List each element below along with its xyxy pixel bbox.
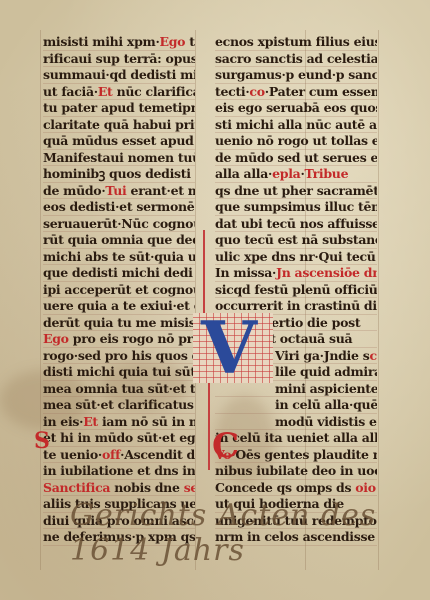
text-line: ecnos xpistum filius eius cernes xyxy=(215,34,377,51)
manuscript-page: misisti mihi xpm·Ego te clarificaui sup … xyxy=(0,0,430,600)
right-column: ecnos xpistum filius eius cernessacro sa… xyxy=(215,34,377,546)
text-line: summaui·qd dedisti michi xyxy=(43,67,195,84)
text-line: quā mūdus esset apud te· xyxy=(43,133,195,150)
text-line: eis ego seruabā eos quos dedi xyxy=(215,100,377,117)
text-line: que sumpsimus illuc tēn xyxy=(215,199,377,216)
text-line: mea sūt·et clarificatus sū xyxy=(43,397,195,414)
ruling-line xyxy=(195,30,196,570)
text-line: derūt quia tu me misisti· xyxy=(43,315,195,332)
text-line: que dedisti michi dedi eis·et xyxy=(43,265,195,282)
text-line: in eis·Et iam nō sū in mūdo xyxy=(43,414,195,431)
left-column: misisti mihi xpm·Ego te clarificaui sup … xyxy=(43,34,195,546)
text-line: In missa·Jn ascensiōe dni xyxy=(215,265,377,282)
text-line: disti michi quia tui sūt·et xyxy=(43,364,195,381)
text-line: surgamus·p eund·p sanc· xyxy=(215,67,377,84)
text-line: michi abs te sūt·quia uba xyxy=(43,249,195,266)
text-line: qs dne ut pher sacramēta xyxy=(215,183,377,200)
text-line: uere quia a te exiui·et cre xyxy=(43,298,195,315)
red-initial: C xyxy=(212,426,239,466)
text-line: Concede qs omps ds oio xyxy=(215,480,377,497)
text-line: rūt quia omnia que dedisti xyxy=(43,232,195,249)
text-line: modū vidistis eū ascendentē xyxy=(215,414,377,431)
text-line: in iubilatione et dns in uoce tube xyxy=(43,463,195,480)
text-line: sicqd festū plenū officiū hodie xyxy=(215,282,377,299)
text-line: quo tecū est nā substancia· xyxy=(215,232,377,249)
text-line: nibus iubilate deo in uoce exultac· xyxy=(215,463,377,480)
text-line: Manifestaui nomen tuū xyxy=(43,150,195,167)
text-line: mea omnia tua sūt·et tua xyxy=(43,381,195,398)
text-line: in celū alla·quēad xyxy=(215,397,377,414)
text-line: Sanctifica nobis dne sec· all xyxy=(43,480,195,497)
decorated-initial-letter: V xyxy=(201,313,257,383)
ruling-line xyxy=(378,30,379,570)
initial-flourish xyxy=(208,380,210,470)
text-line: seruauerūt·Nūc cognoue xyxy=(43,216,195,233)
text-line: hominibꝫ quos dedisti michi xyxy=(43,166,195,183)
red-initial: S xyxy=(34,428,50,454)
text-line: ut faciā·Et nūc clarifica me xyxy=(43,84,195,101)
text-line: in celū ita ueniet alla alla alla· xyxy=(215,430,377,447)
text-line: te uenio·off·Ascendit deus xyxy=(43,447,195,464)
text-line: dat ubi tecū nos affuisse xyxy=(215,216,377,233)
text-line: tecti·co·Pater cum essem cū xyxy=(215,84,377,101)
text-line: claritate quā habui prius xyxy=(43,117,195,134)
text-line: sti michi alla nūc autē ad te xyxy=(215,117,377,134)
caption-inscription: Gerichts Acten des 1614 Jahrs xyxy=(70,498,430,568)
text-line: uenio nō rogo ut tollas eos xyxy=(215,133,377,150)
text-line: misisti mihi xpm·Ego te cla xyxy=(43,34,195,51)
decorated-initial: V xyxy=(193,313,273,383)
text-line: sacro sanctis ad celestia cui xyxy=(215,51,377,68)
text-line: Vo·Oēs gentes plaudite ma xyxy=(215,447,377,464)
text-line: Ego pro eis rogo nō pro mūdo xyxy=(43,331,195,348)
text-line: de mūdo sed ut serues eos ama xyxy=(215,150,377,167)
text-line: ipi acceperūt et cognouerūt xyxy=(43,282,195,299)
text-line: eos dedisti·et sermonē tuū xyxy=(43,199,195,216)
text-line: rogo·sed pro his quos de xyxy=(43,348,195,365)
text-line: de mūdo·Tui erant·et michi xyxy=(43,183,195,200)
text-line: alla alla·epla·Tribue xyxy=(215,166,377,183)
text-line: et hi in mūdo sūt·et ego ad xyxy=(43,430,195,447)
ruling-line xyxy=(40,30,41,570)
text-line: tu pater apud temetipm: xyxy=(43,100,195,117)
text-line: ulic xpe dns nr·Qui tecū vi· xyxy=(215,249,377,266)
text-line: rificaui sup terrā: opus cō xyxy=(43,51,195,68)
